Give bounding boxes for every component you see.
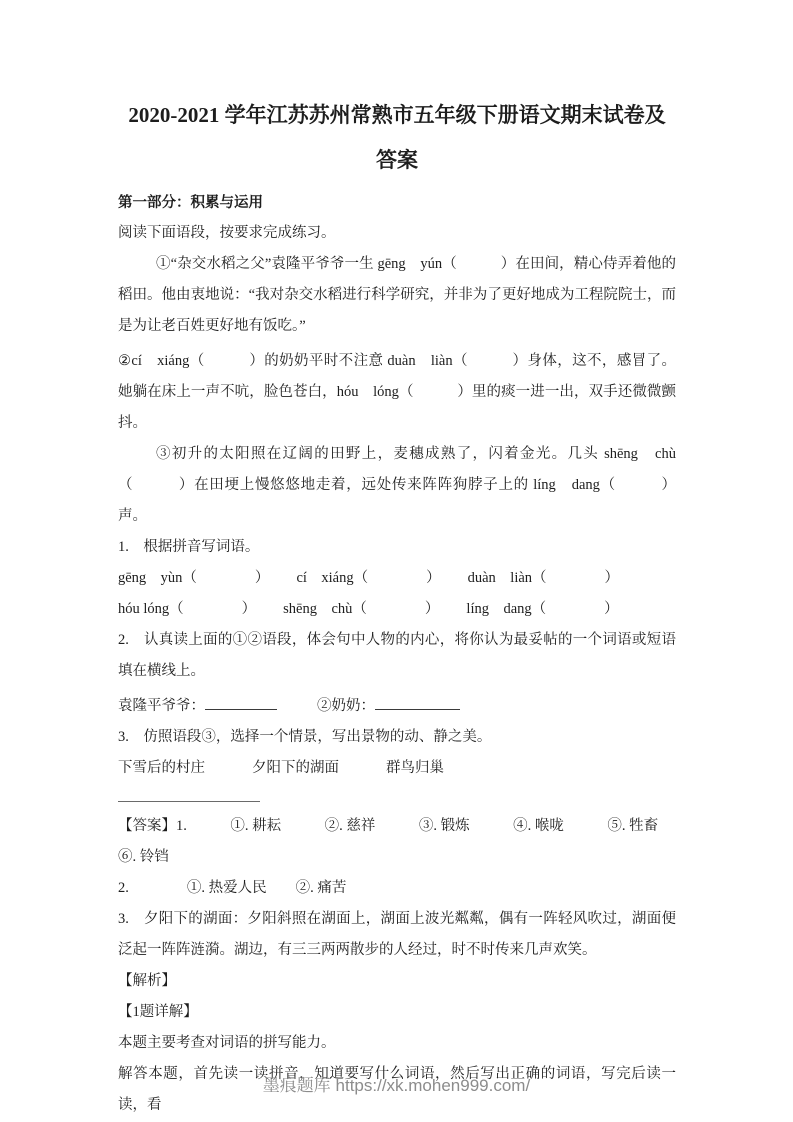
question-3-label: 3. 仿照语段③，选择一个情景，写出景物的动、静之美。 <box>118 722 676 753</box>
answer-line-1: 【答案】1. ①. 耕耘 ②. 慈祥 ③. 锻炼 ④. 喉咙 ⑤. 牲畜 <box>118 811 676 842</box>
reading-intro: 阅读下面语段，按要求完成练习。 <box>118 218 676 249</box>
pinyin-item-ling-dang: líng dang（ ） <box>466 594 618 625</box>
pinyin-item-geng-yun: gēng yùn（ ） <box>118 563 269 594</box>
passage-paragraph-1: ①“杂交水稻之父”袁隆平爷爷一生 gēng yún（ ）在田间，精心侍弄着他的稻… <box>118 249 676 342</box>
pinyin-row-2: hóu lóng（ ） shēng chù（ ） líng dang（ ） <box>118 594 676 625</box>
pinyin-item-hou-long: hóu lóng（ ） <box>118 594 256 625</box>
answer-3-text: 3. 夕阳下的湖面：夕阳斜照在湖面上，湖面上波光粼粼，偶有一阵轻风吹过，湖面便泛… <box>118 904 676 966</box>
footer-text: 墨痕题库 https://xk.mohen999.com/ <box>263 1076 530 1095</box>
pinyin-item-sheng-chu: shēng chù（ ） <box>283 594 439 625</box>
blank-label-nainai: ②奶奶： <box>317 698 375 714</box>
scene-option-birds: 群鸟归巢 <box>386 753 444 784</box>
analysis-body-1: 本题主要考查对词语的拼写能力。 <box>118 1028 676 1059</box>
scene-option-village: 下雪后的村庄 <box>118 753 205 784</box>
pinyin-item-ci-xiang: cí xiáng（ ） <box>296 563 440 594</box>
question-2-label: 2. 认真读上面的①②语段，体会句中人物的内心，将你认为最妥帖的一个词语或短语填… <box>118 625 676 687</box>
exam-title: 2020-2021 学年江苏苏州常熟市五年级下册语文期末试卷及答案 <box>118 93 676 183</box>
passage-paragraph-2: ②cí xiáng（ ）的奶奶平时不注意 duàn liàn（ ）身体，这不，感… <box>118 346 676 439</box>
answer-blank-line <box>118 801 260 802</box>
scene-options-row: 下雪后的村庄 夕阳下的湖面 群鸟归巢 <box>118 753 676 784</box>
exam-page: 2020-2021 学年江苏苏州常熟市五年级下册语文期末试卷及答案 第一部分：积… <box>0 0 793 1122</box>
blank-label-yuanlongping: 袁隆平爷爷： <box>118 698 205 714</box>
question-1-label: 1. 根据拼音写词语。 <box>118 532 676 563</box>
analysis-heading: 【解析】 <box>118 966 676 997</box>
answer-line-2: ⑥. 铃铛 <box>118 842 676 873</box>
fill-blank-row: 袁隆平爷爷：②奶奶： <box>118 691 676 722</box>
answer-line-3: 2. ①. 热爱人民 ②. 痛苦 <box>118 873 676 904</box>
analysis-q1-heading: 【1题详解】 <box>118 997 676 1028</box>
pinyin-row-1: gēng yùn（ ） cí xiáng（ ） duàn liàn（ ） <box>118 563 676 594</box>
site-footer: 墨痕题库 https://xk.mohen999.com/ <box>0 1071 793 1096</box>
passage-paragraph-3: ③初升的太阳照在辽阔的田野上，麦穗成熟了，闪着金光。几头 shēng chù（ … <box>118 439 676 532</box>
scene-option-lake: 夕阳下的湖面 <box>252 753 339 784</box>
answer-blank <box>375 694 460 710</box>
pinyin-item-duan-lian: duàn liàn（ ） <box>468 563 619 594</box>
answer-blank <box>205 694 277 710</box>
section-heading: 第一部分：积累与运用 <box>118 188 676 218</box>
